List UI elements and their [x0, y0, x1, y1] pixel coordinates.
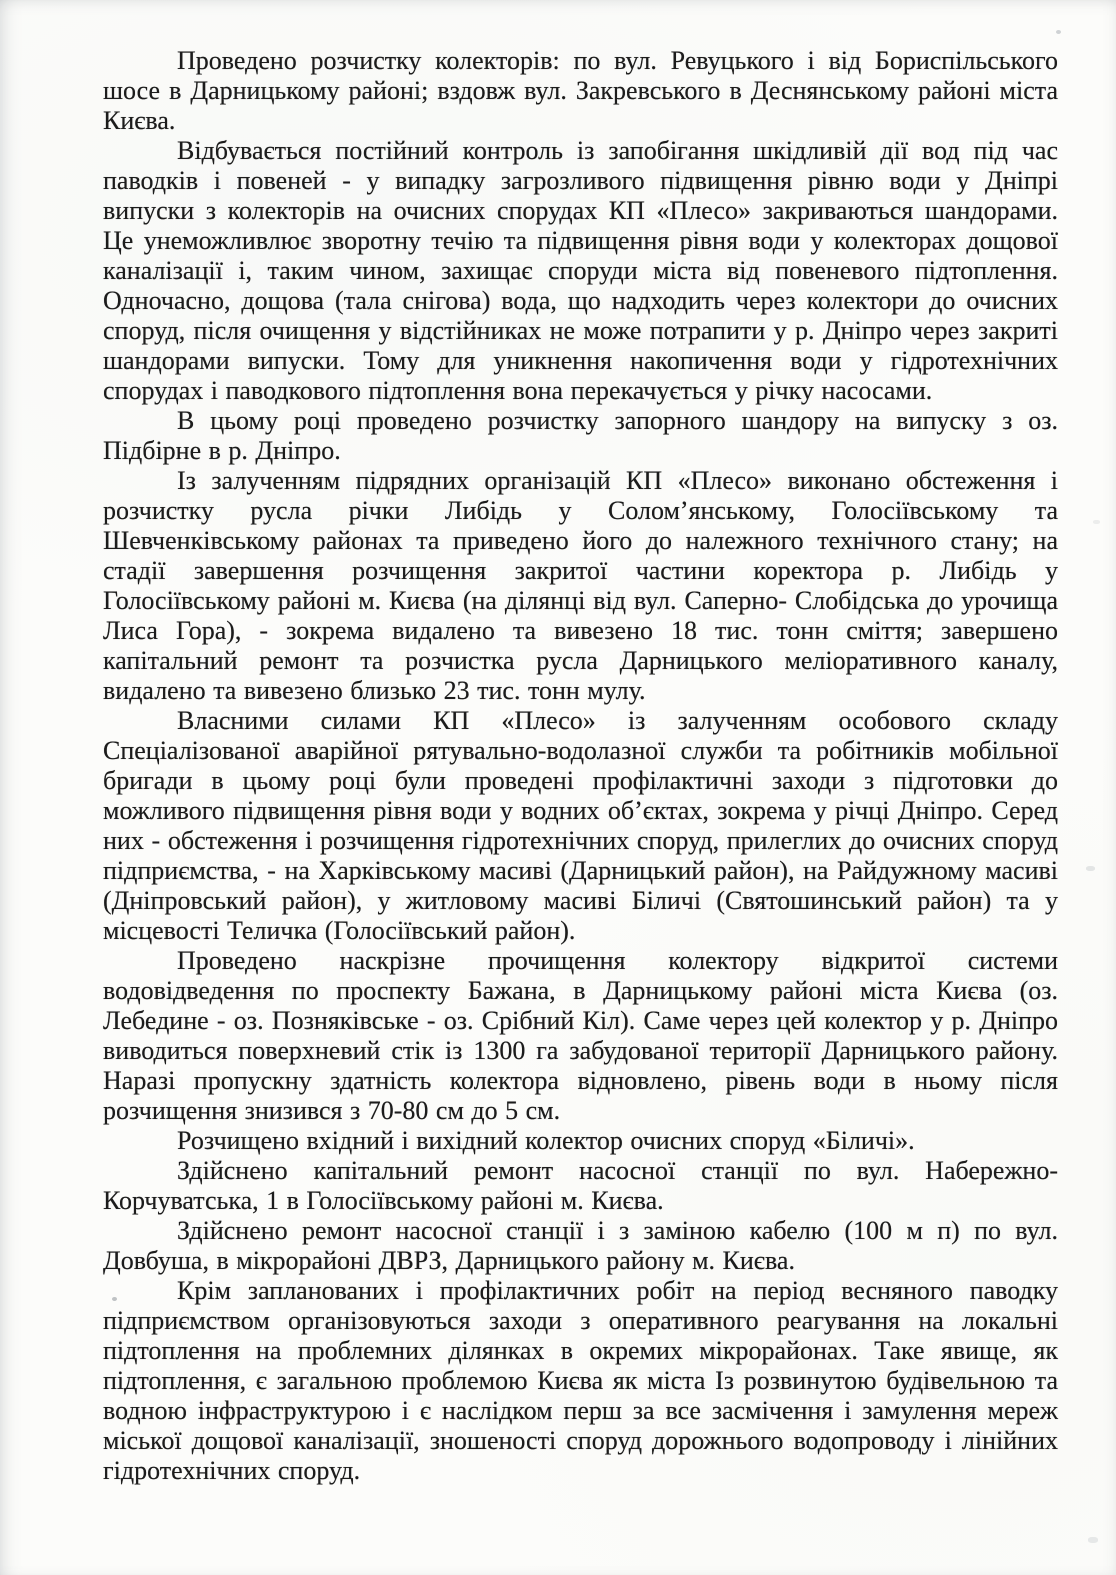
paragraph-shandor-cleaning: В цьому році проведено розчистку запорно… — [103, 406, 1058, 466]
scanned-document-page: Проведено розчистку колекторів: по вул. … — [0, 0, 1116, 1575]
paragraph-bazhana-collector: Проведено наскрізне прочищення колектору… — [103, 946, 1058, 1126]
paragraph-flood-control: Відбувається постійний контроль із запоб… — [103, 136, 1058, 406]
paragraph-local-flooding-response: Крім запланованих і профілактичних робіт… — [103, 1276, 1058, 1486]
scan-smudge — [1086, 866, 1095, 871]
paragraph-collectors-cleaning: Проведено розчистку колекторів: по вул. … — [103, 46, 1058, 136]
scan-smudge — [1088, 1537, 1098, 1543]
paragraph-lybid-river-works: Із залученням підрядних організацій КП «… — [103, 466, 1058, 706]
paragraph-pleso-preventive-works: Власними силами КП «Плесо» із залученням… — [103, 706, 1058, 946]
scan-smudge — [1093, 520, 1100, 524]
scan-speck — [1056, 30, 1061, 34]
paragraph-bilychi-collector: Розчищено вхідний і вихідний колектор оч… — [103, 1126, 1058, 1156]
document-body: Проведено розчистку колекторів: по вул. … — [103, 46, 1058, 1486]
paragraph-pump-station-korchuvatska: Здійснено капітальний ремонт насосної ст… — [103, 1156, 1058, 1216]
paragraph-pump-station-dovbusha: Здійснено ремонт насосної станції і з за… — [103, 1216, 1058, 1276]
